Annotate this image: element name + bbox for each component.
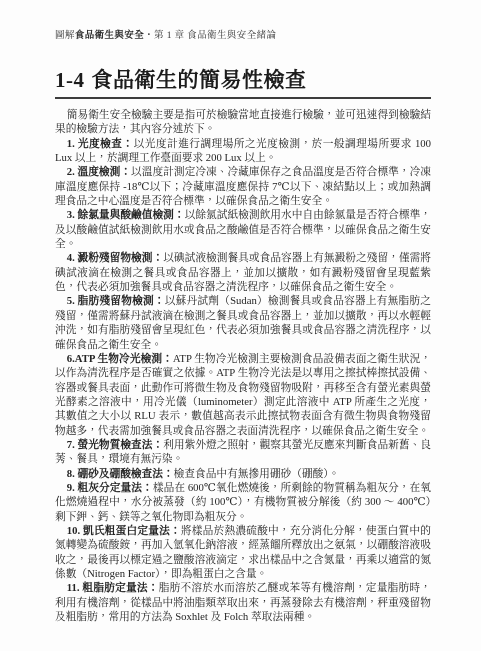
paragraph: 11. 粗脂肪定量法：脂肪不溶於水而溶於乙醚或苯等有機溶劑，定量脂肪時，利用有機… bbox=[55, 581, 431, 624]
paragraph-text: ATP 生物冷光檢測主要檢測食品設備表面之衛生狀況，以作為清洗程序是否確實之依據… bbox=[55, 353, 431, 437]
book-page: 圖解食品衛生與安全・第 1 章 食品衛生與安全緒論 1-4食品衛生的簡易性檢查 … bbox=[0, 0, 481, 651]
paragraph: 9. 粗灰分定量法：樣品在 600℃氧化燃燒後，所剩餘的物質稱為粗灰分，在氧化燃… bbox=[55, 481, 431, 524]
body-text: 簡易衛生安全檢驗主要是指可於檢驗當地直接進行檢驗，並可迅速得到檢驗結果的檢驗方法… bbox=[55, 108, 431, 624]
paragraph-lead: 2. 溫度檢測： bbox=[67, 166, 131, 178]
paragraph-text: 簡易衛生安全檢驗主要是指可於檢驗當地直接進行檢驗，並可迅速得到檢驗結果的檢驗方法… bbox=[55, 109, 431, 135]
section-title-text: 食品衛生的簡易性檢查 bbox=[92, 68, 307, 92]
paragraph: 10. 凱氏粗蛋白定量法：將樣品於熱濃硫酸中，充分消化分解，使蛋白質中的氮轉變為… bbox=[55, 524, 431, 581]
paragraph-lead: 8. 硼砂及硼酸檢查法： bbox=[67, 468, 174, 480]
header-chapter: ・第 1 章 食品衛生與安全緒論 bbox=[144, 31, 276, 41]
paragraph-lead: 4. 澱粉殘留物檢測： bbox=[67, 252, 163, 264]
paragraph: 3. 餘氯量與酸鹼值檢測：以餘氯試紙檢測飲用水中自由餘氯量是否符合標準，及以酸鹼… bbox=[55, 208, 431, 251]
running-header: 圖解食品衛生與安全・第 1 章 食品衛生與安全緒論 bbox=[55, 30, 431, 43]
title-rule bbox=[55, 97, 431, 99]
paragraph: 8. 硼砂及硼酸檢查法：檢查食品中有無摻用硼砂（硼酸）。 bbox=[55, 467, 431, 481]
paragraph-lead: 1. 光度檢查： bbox=[67, 138, 134, 150]
paragraph-lead: 9. 粗灰分定量法： bbox=[67, 482, 153, 494]
paragraph-lead: 3. 餘氯量與酸鹼值檢測： bbox=[67, 209, 185, 221]
paragraph: 4. 澱粉殘留物檢測：以碘試液檢測餐具或食品容器上有無澱粉之殘留，僅需將碘試液滴… bbox=[55, 251, 431, 294]
paragraph: 7. 螢光物質檢查法：利用紫外燈之照射，觀察其螢光反應來判斷食品新舊、良莠、餐具… bbox=[55, 438, 431, 467]
paragraph: 5. 脂肪殘留物檢測：以蘇丹試劑（Sudan）檢測餐具或食品容器上有無脂肪之殘留… bbox=[55, 294, 431, 351]
paragraph-lead: 7. 螢光物質檢查法： bbox=[67, 439, 163, 451]
paragraph: 簡易衛生安全檢驗主要是指可於檢驗當地直接進行檢驗，並可迅速得到檢驗結果的檢驗方法… bbox=[55, 108, 431, 137]
section-number: 1-4 bbox=[55, 68, 85, 92]
header-prefix: 圖解 bbox=[55, 31, 75, 41]
paragraph: 6.ATP 生物冷光檢測：ATP 生物冷光檢測主要檢測食品設備表面之衛生狀況，以… bbox=[55, 352, 431, 438]
paragraph: 1. 光度檢查：以光度計進行調理場所之光度檢測，於一般調理場所要求 100 Lu… bbox=[55, 137, 431, 166]
paragraph-lead: 10. 凱氏粗蛋白定量法： bbox=[67, 525, 181, 537]
paragraph-lead: 6.ATP 生物冷光檢測： bbox=[67, 353, 173, 365]
paragraph: 2. 溫度檢測：以溫度計測定冷凍、冷藏庫保存之食品溫度是否符合標準，冷凍庫溫度應… bbox=[55, 165, 431, 208]
header-book-title: 食品衛生與安全 bbox=[75, 31, 144, 41]
section-title: 1-4食品衛生的簡易性檢查 bbox=[55, 68, 431, 92]
paragraph-lead: 11. 粗脂肪定量法： bbox=[67, 582, 159, 594]
paragraph-text: 檢查食品中有無摻用硼砂（硼酸）。 bbox=[174, 468, 340, 480]
paragraph-lead: 5. 脂肪殘留物檢測： bbox=[67, 295, 165, 307]
